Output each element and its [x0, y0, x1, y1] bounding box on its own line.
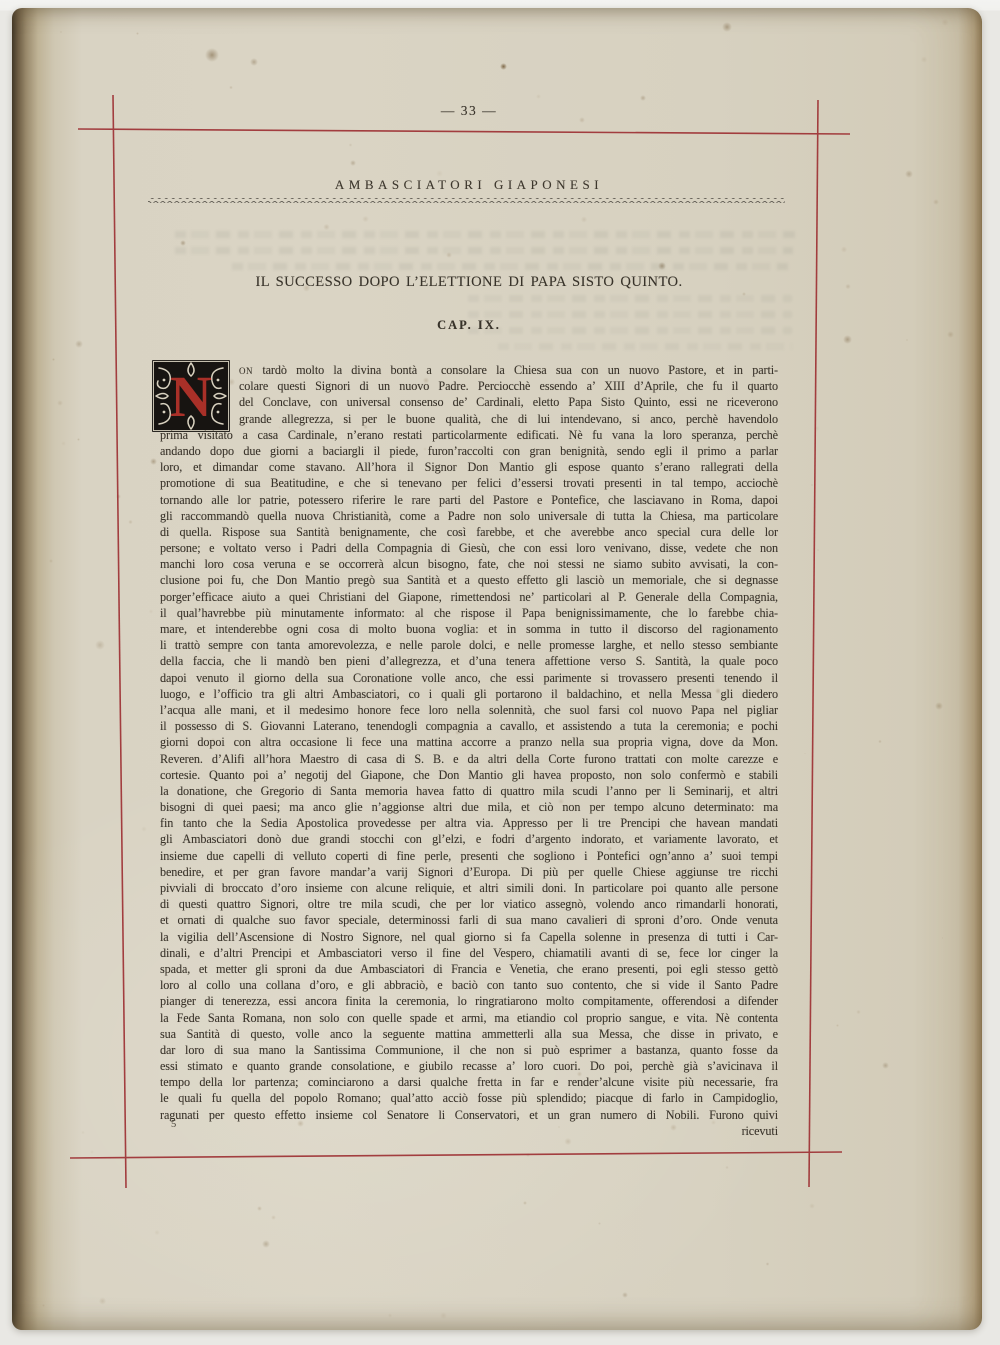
text-line: dar loro di sua mano la Santissima Commu… [160, 1042, 778, 1058]
text-line: andando dopo due giorni a baciargli il p… [160, 443, 778, 459]
text-line: di questi quattro Signori, oltre tre mil… [160, 896, 778, 912]
text-line: luogo, e l’officio tra gli altri Ambasci… [160, 686, 778, 702]
text-line: del Conclave, con universal consenso de’… [160, 394, 778, 410]
svg-text:N: N [170, 364, 212, 429]
text-line: pivviali di broccato d’oro insieme con a… [160, 880, 778, 896]
text-line: l’acqua alle mani, et il medesimo honore… [160, 702, 778, 718]
text-line: porger’efficace aiuto a quei Christiani … [160, 589, 778, 605]
drop-cap-initial: N [152, 360, 230, 426]
text-line: li trattò sempre con tanta amorevolezza,… [160, 637, 778, 653]
text-line: Reveren. d’Alifi all’hora Maestro di cas… [160, 751, 778, 767]
text-line: la vigilia dell’Ascensione di Nostro Sig… [160, 929, 778, 945]
catchword: ricevuti [160, 1123, 778, 1139]
text-line: gli raccommandò quella nuova Christianit… [160, 508, 778, 524]
text-line: prima visitato a casa Cardinale, n’erano… [160, 427, 778, 443]
text-line: il possesso di S. Giovanni Laterano, ten… [160, 718, 778, 734]
text-line: et ornati di qualche suo favor speciale,… [160, 912, 778, 928]
chapter-label: CAP. IX. [160, 318, 778, 333]
page-number: — 33 — [160, 103, 778, 119]
text-line: loro al collo una collana d’oro, e gli a… [160, 977, 778, 993]
body-text: N on tardò molto la divina bontà a conso… [160, 362, 778, 1139]
text-line: le quali fu quella del popolo Romano; qu… [160, 1090, 778, 1106]
text-line: manchi loro cosa veruna e se occorrerà a… [160, 556, 778, 572]
text-line: benedire, et per gran favore mandar’a va… [160, 864, 778, 880]
text-line: persone; e voltato verso i Padri della C… [160, 540, 778, 556]
text-line: mare, et intenderebbe ogni cosa di molto… [160, 621, 778, 637]
text-line: promotione di sua Beatitudine, e che si … [160, 475, 778, 491]
text-line: clusione poi fu, che Don Mantio pregò su… [160, 572, 778, 588]
text-line-first: on tardò molto la divina bontà a consola… [160, 362, 778, 378]
text-line: colare questi Signori di un nuovo Padre.… [160, 378, 778, 394]
text-line: bisogni di quei paesi; ma anco glie n’ag… [160, 799, 778, 815]
text-line: dapoi venuto il giorno della sua Coronat… [160, 670, 778, 686]
text-line: loro, et dimandar come stavano. All’hora… [160, 459, 778, 475]
text-line: tornando alle lor patrie, potessero rife… [160, 492, 778, 508]
text-line: cortesie. Quanto poi a’ negotij del Giap… [160, 767, 778, 783]
text-line: fin tanto che la Sedia Apostolica proved… [160, 815, 778, 831]
photo-of-book-page: { "page": { "number_display": "— 33 —", … [0, 0, 1000, 1345]
text-line: grande allegrezza, si per le buone quali… [160, 411, 778, 427]
chapter-title: IL SUCCESSO DOPO L’ELETTIONE DI PAPA SIS… [160, 274, 778, 291]
text-line: insieme due capelli di velluto coperti d… [160, 848, 778, 864]
text-line: pianger di tenerezza, essi ancora finita… [160, 993, 778, 1009]
text-line: spada, et metter gli sproni da due Ambas… [160, 961, 778, 977]
text-line: tempo della lor partenza; cominciarono a… [160, 1074, 778, 1090]
running-title: AMBASCIATORI GIAPONESI [160, 177, 778, 193]
text-line: ragunati per questo effetto insieme col … [160, 1107, 778, 1123]
text-line: giorni dopoi con altra occasione li fece… [160, 734, 778, 750]
signature-mark: 5 [171, 1119, 176, 1130]
text-line: la Fede Santa Romana, non solo con quell… [160, 1010, 778, 1026]
text-line: di quella. Rispose sua Santità benigname… [160, 524, 778, 540]
text-line: sua Santità di questo, volle anco la seg… [160, 1026, 778, 1042]
small-caps-lead: on [239, 363, 253, 377]
text-line: dinali, e d’altri Prencipi et Ambasciato… [160, 945, 778, 961]
text-line: la donatione, che Gregorio di Santa memo… [160, 783, 778, 799]
text-line: il qual’havrebbe più minutamente informa… [160, 605, 778, 621]
text-line: della faccia, che li mandò ben pieni d’a… [160, 653, 778, 669]
text-line: essi stimato e quanto grande consolation… [160, 1058, 778, 1074]
text-line: gli Ambasciatori donò due grandi stocchi… [160, 831, 778, 847]
